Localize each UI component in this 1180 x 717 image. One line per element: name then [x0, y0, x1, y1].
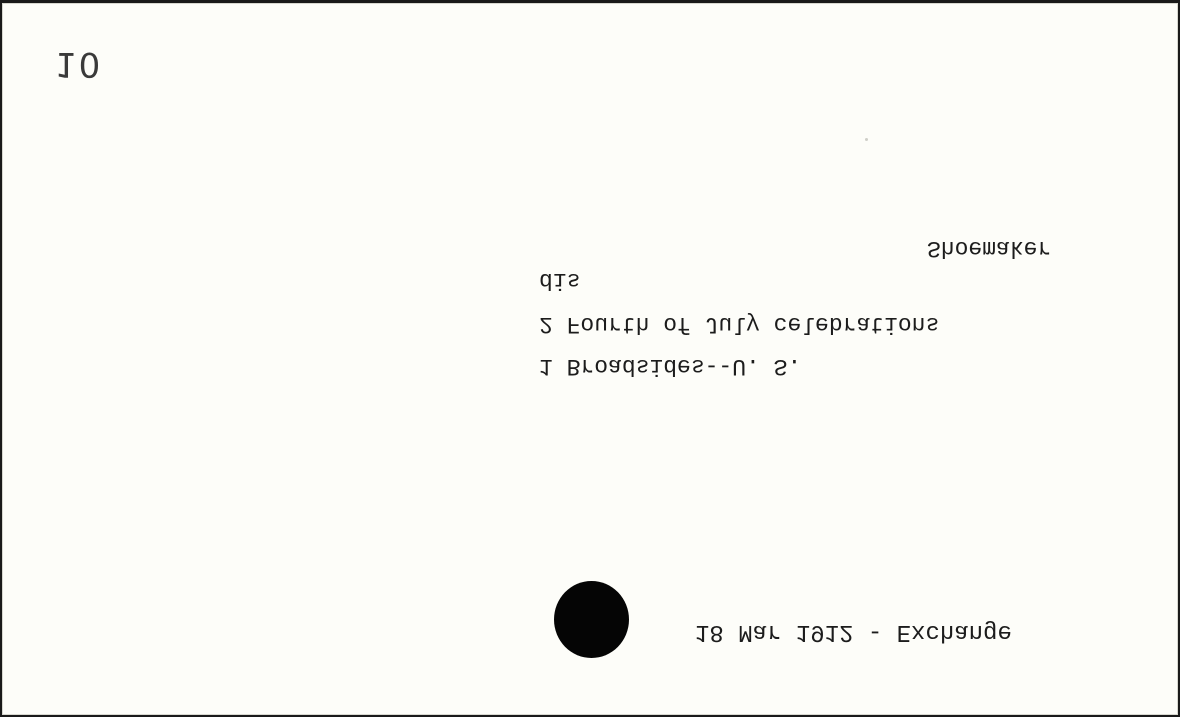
- catalog-card: 10 1 Broadsides--U. S. 2 Fourth of July …: [2, 3, 1178, 715]
- subject-line-1: 1 Broadsides--U. S.: [539, 351, 801, 380]
- handwritten-number: 10: [55, 44, 102, 84]
- subject-headings: 1 Broadsides--U. S. 2 Fourth of July cel…: [531, 210, 1131, 380]
- accession-note: 18 Mar 1912 - Exchange: [695, 610, 1155, 646]
- punch-hole: [554, 581, 629, 658]
- author-name: Shoemaker: [927, 233, 1051, 262]
- subject-line-2: 2 Fourth of July celebrations: [539, 309, 939, 338]
- author-note-dis: dis: [539, 265, 580, 294]
- paper-speck: [865, 138, 868, 141]
